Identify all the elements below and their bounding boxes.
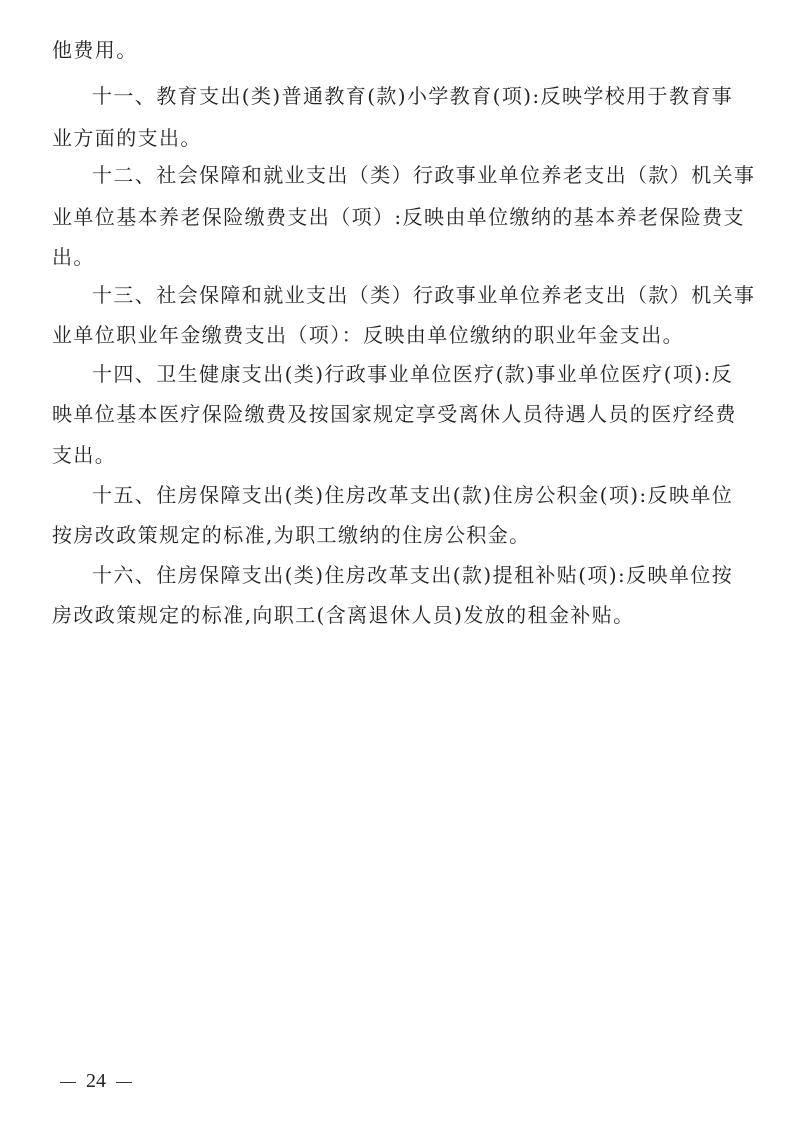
text-line: 出。 [52, 245, 95, 269]
section-16-heading: 十六、住房保障支出(类)住房改革支出(款)提租补贴(项):反映单位按 [92, 563, 733, 587]
text-line: 业单位职业年金缴费支出（项）：反映由单位缴纳的职业年金支出。 [52, 323, 684, 347]
text-line: 按房改政策规定的标准,为职工缴纳的住房公积金。 [52, 523, 531, 547]
page-number: 24 [86, 1070, 106, 1092]
text-line: 映单位基本医疗保险缴费及按国家规定享受离休人员待遇人员的医疗经费 [52, 402, 737, 426]
text-line: 他费用。 [52, 38, 138, 62]
section-15-heading: 十五、住房保障支出(类)住房改革支出(款)住房公积金(项):反映单位 [92, 483, 733, 507]
section-11-heading: 十一、教育支出(类)普通教育(款)小学教育(项):反映学校用于教育事 [92, 84, 733, 108]
text-line: 房改政策规定的标准,向职工(含离退休人员)发放的租金补贴。 [52, 603, 635, 627]
page-footer: 24 [50, 1070, 142, 1093]
dash-left [60, 1082, 76, 1083]
section-12-heading: 十二、社会保障和就业支出（类）行政事业单位养老支出（款）机关事 [92, 163, 755, 187]
text-line: 业单位基本养老保险缴费支出（项）:反映由单位缴纳的基本养老保险费支 [52, 205, 745, 229]
text-line: 支出。 [52, 443, 116, 467]
section-14-heading: 十四、卫生健康支出(类)行政事业单位医疗(款)事业单位医疗(项):反 [92, 362, 733, 386]
text-line: 业方面的支出。 [52, 126, 202, 150]
section-13-heading: 十三、社会保障和就业支出（类）行政事业单位养老支出（款）机关事 [92, 283, 755, 307]
dash-right [116, 1082, 132, 1083]
